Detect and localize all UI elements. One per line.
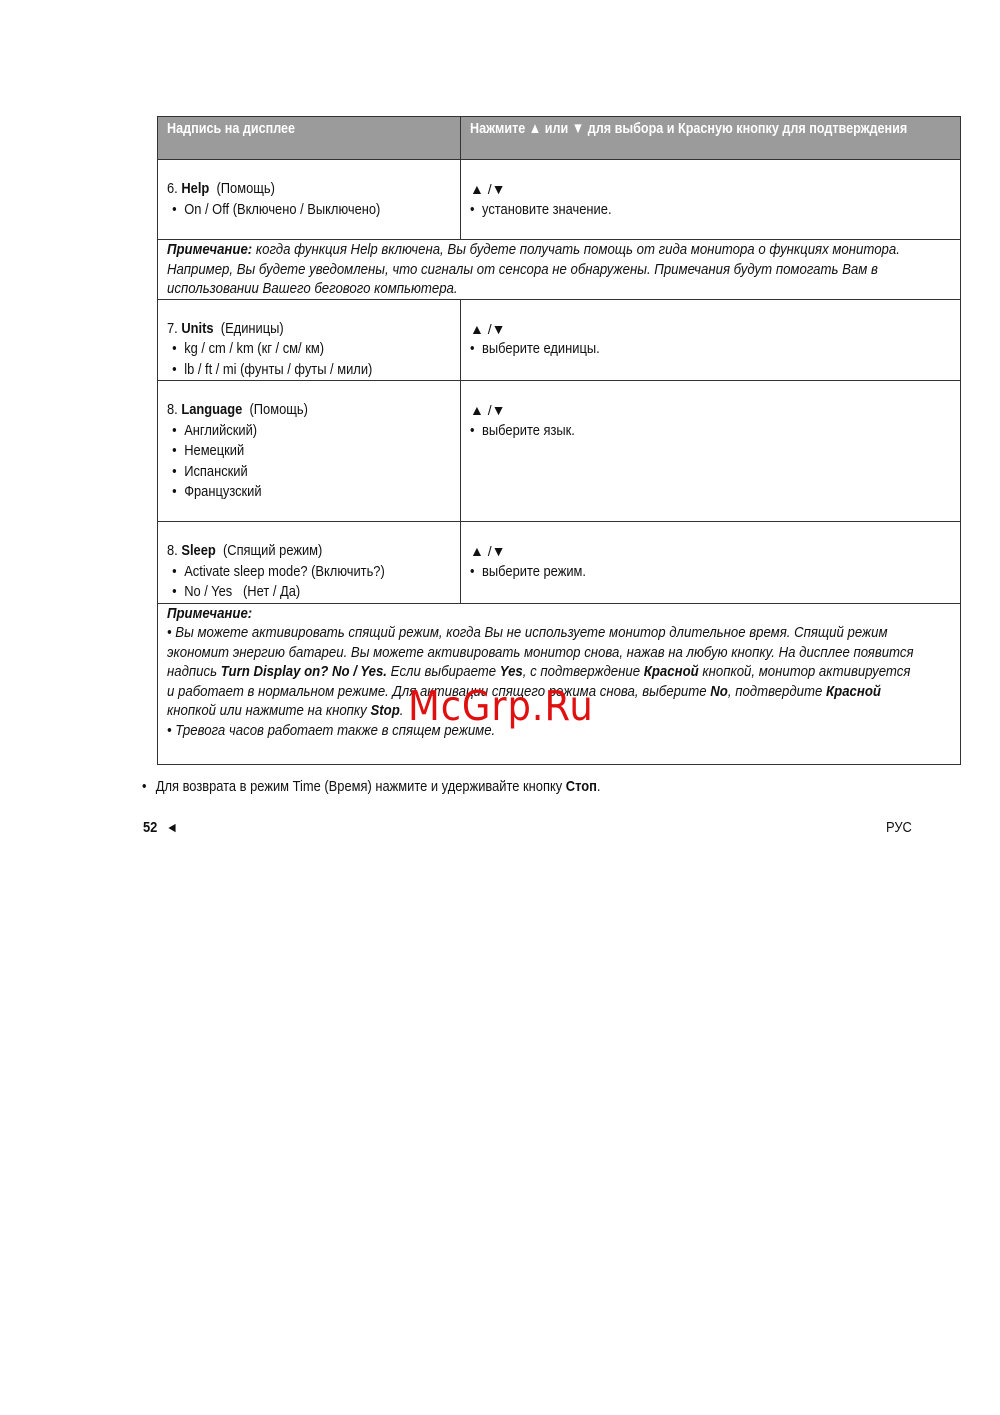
footer-note: •Для возврата в режим Time (Время) нажми…: [142, 778, 675, 795]
table-row-sleep: 8. Sleep (Спящий режим) •Activate sleep …: [158, 522, 961, 604]
table-row-help: 6. Help (Помощь) •On / Off (Включено / В…: [158, 160, 961, 240]
note-label: Примечание:: [167, 241, 252, 258]
list-item: •Activate sleep mode? (Включить?): [167, 562, 411, 583]
action-cell: ▲ /▼ •установите значение.: [461, 160, 961, 240]
list-item: •выберите единицы.: [470, 339, 884, 360]
table-row-units: 7. Units (Единицы) •kg / cm / km (кг / с…: [158, 299, 961, 381]
list-item: •установите значение.: [470, 200, 884, 221]
note-help: Примечание: когда функция Help включена,…: [158, 240, 961, 300]
list-item: •Французский: [167, 482, 411, 503]
up-down-arrows-icon: ▲ /▼: [470, 400, 951, 421]
header-instruction: Нажмите ▲ или ▼ для выбора и Красную кно…: [461, 117, 961, 160]
settings-table: Надпись на дисплее Нажмите ▲ или ▼ для в…: [157, 116, 961, 765]
list-item: •выберите режим.: [470, 562, 884, 583]
setting-name: Language: [181, 401, 242, 418]
note-label: Примечание:: [167, 604, 252, 624]
left-arrow-icon: ◄: [166, 819, 178, 835]
list-item: •Испанский: [167, 462, 411, 483]
list-item: •On / Off (Включено / Выключено): [167, 200, 411, 221]
header-display-text: Надпись на дисплее: [158, 117, 461, 160]
page-number: 52◄: [143, 819, 184, 836]
setting-name: Units: [181, 320, 213, 337]
table-header-row: Надпись на дисплее Нажмите ▲ или ▼ для в…: [158, 117, 961, 160]
setting-cell: 6. Help (Помощь) •On / Off (Включено / В…: [158, 160, 461, 240]
setting-cell: 8. Sleep (Спящий режим) •Activate sleep …: [158, 522, 461, 604]
up-down-arrows-icon: ▲ /▼: [470, 541, 951, 562]
up-down-arrows-icon: ▲ /▼: [470, 179, 951, 200]
table-row-language: 8. Language (Помощь) •Английский) •Немец…: [158, 381, 961, 522]
action-cell: ▲ /▼ •выберите единицы.: [461, 299, 961, 381]
list-item: •выберите язык.: [470, 421, 884, 442]
note-sleep: Примечание: • Вы можете активировать спя…: [158, 603, 961, 764]
list-item: •Английский): [167, 421, 411, 442]
up-down-arrows-icon: ▲ /▼: [470, 319, 951, 340]
action-cell: ▲ /▼ •выберите язык.: [461, 381, 961, 522]
action-cell: ▲ /▼ •выберите режим.: [461, 522, 961, 604]
note-cell: Примечание: когда функция Help включена,…: [158, 240, 961, 300]
note-cell: Примечание: • Вы можете активировать спя…: [158, 603, 961, 764]
setting-name: Help: [181, 180, 209, 197]
setting-cell: 8. Language (Помощь) •Английский) •Немец…: [158, 381, 461, 522]
language-code: РУС: [886, 819, 916, 836]
setting-cell: 7. Units (Единицы) •kg / cm / km (кг / с…: [158, 299, 461, 381]
list-item: •Немецкий: [167, 441, 411, 462]
list-item: •No / Yes (Нет / Да): [167, 582, 411, 603]
setting-name: Sleep: [181, 542, 215, 559]
list-item: •kg / cm / km (кг / см/ км): [167, 339, 411, 360]
list-item: •lb / ft / mi (фунты / футы / мили): [167, 360, 411, 381]
bullet-icon: •: [142, 778, 156, 795]
